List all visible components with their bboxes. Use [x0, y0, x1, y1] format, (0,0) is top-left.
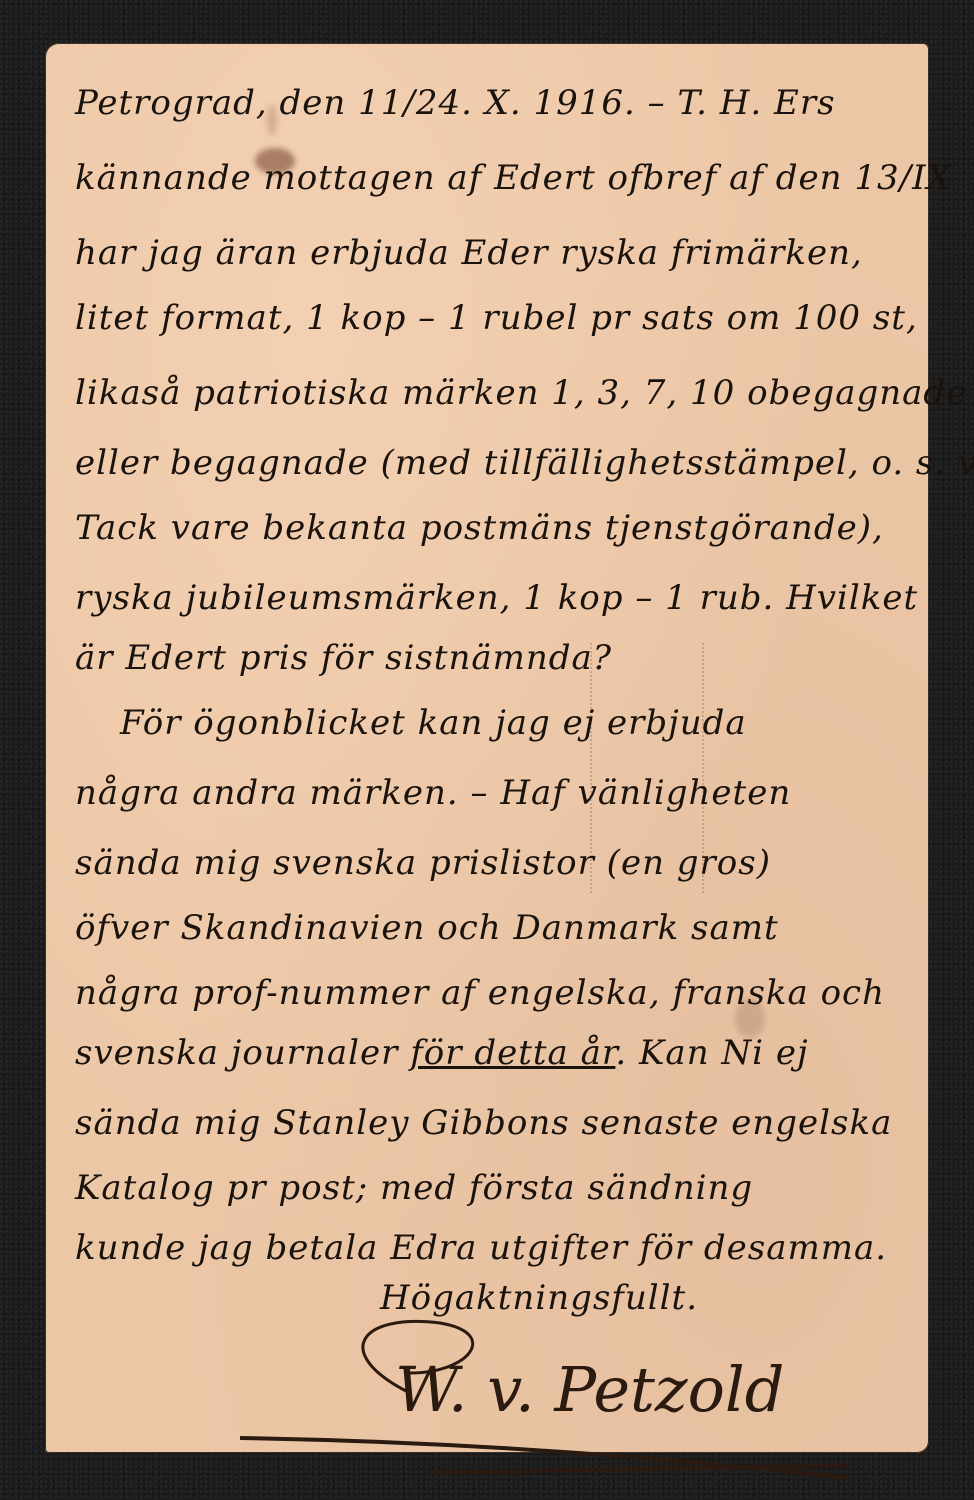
- letter-line-11: några andra märken. – Haf vänligheten: [75, 773, 791, 813]
- letter-line-6: eller begagnade (med tillfällighetsstämp…: [75, 443, 974, 483]
- letter-line-16: sända mig Stanley Gibbons senaste engels…: [75, 1103, 892, 1143]
- letter-line-14: några prof-nummer af engelska, franska o…: [75, 973, 885, 1013]
- letter-line-3: har jag äran erbjuda Eder ryska frimärke…: [75, 233, 863, 273]
- letter-line-1: Petrograd, den 11/24. X. 1916. – T. H. E…: [75, 83, 836, 123]
- letter-line-15: svenska journaler för detta år. Kan Ni e…: [75, 1033, 809, 1073]
- letter-line-5: likaså patriotiska märken 1, 3, 7, 10 ob…: [75, 373, 967, 413]
- letter-line-12: sända mig svenska prislistor (en gros): [75, 843, 771, 883]
- letter-line-8: ryska jubileumsmärken, 1 kop – 1 rub. Hv…: [75, 578, 918, 618]
- letter-line-10: För ögonblicket kan jag ej erbjuda: [120, 703, 747, 743]
- letter-line-18: kunde jag betala Edra utgifter för desam…: [75, 1228, 887, 1268]
- letter-line-2: kännande mottagen af Edert ofbref af den…: [75, 158, 952, 198]
- letter-line-9: är Edert pris för sistnämnda?: [75, 638, 612, 678]
- postcard: Petrograd, den 11/24. X. 1916. – T. H. E…: [45, 43, 929, 1453]
- letter-line-4: litet format, 1 kop – 1 rubel pr sats om…: [75, 298, 918, 338]
- letter-line-13: öfver Skandinavien och Danmark samt: [75, 908, 779, 948]
- signature: W. v. Petzold: [395, 1353, 784, 1426]
- underlined-phrase: för detta år: [410, 1033, 615, 1073]
- letter-body: Petrograd, den 11/24. X. 1916. – T. H. E…: [45, 43, 929, 1453]
- closing-salutation: Högaktningsfullt.: [380, 1278, 698, 1318]
- letter-line-17: Katalog pr post; med första sändning: [75, 1168, 753, 1208]
- letter-line-7: Tack vare bekanta postmäns tjenstgörande…: [75, 508, 884, 548]
